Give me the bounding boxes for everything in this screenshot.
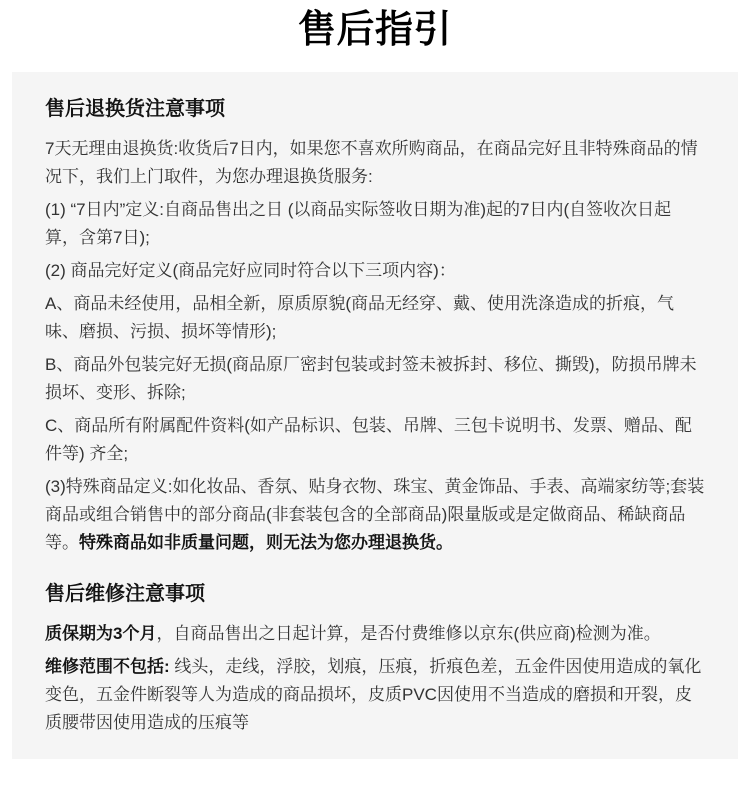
text-run: A、商品未经使用，品相全新，原质原貌(商品无经穿、戴、使用洗涤造成的折痕，气味、… bbox=[45, 294, 674, 341]
paragraph: B、商品外包装完好无损(商品原厂密封包装或封签未被拆封、移位、撕毁)，防损吊牌未… bbox=[45, 351, 705, 407]
returns-paragraphs: 7天无理由退换货:收货后7日内，如果您不喜欢所购商品，在商品完好且非特殊商品的情… bbox=[45, 135, 705, 557]
returns-section: 售后退换货注意事项 7天无理由退换货:收货后7日内，如果您不喜欢所购商品，在商品… bbox=[45, 97, 705, 557]
paragraph: 质保期为3个月，自商品售出之日起计算，是否付费维修以京东(供应商)检测为准。 bbox=[45, 620, 705, 648]
text-run: ，自商品售出之日起计算，是否付费维修以京东(供应商)检测为准。 bbox=[156, 624, 660, 643]
notice-panel: 售后退换货注意事项 7天无理由退换货:收货后7日内，如果您不喜欢所购商品，在商品… bbox=[12, 72, 738, 759]
returns-section-heading: 售后退换货注意事项 bbox=[45, 97, 705, 121]
paragraph: C、商品所有附属配件资料(如产品标识、包装、吊牌、三包卡说明书、发票、赠品、配件… bbox=[45, 412, 705, 468]
paragraph: (2) 商品完好定义(商品完好应同时符合以下三项内容)： bbox=[45, 257, 705, 285]
repair-section-heading: 售后维修注意事项 bbox=[45, 582, 705, 606]
text-run: 7天无理由退换货:收货后7日内，如果您不喜欢所购商品，在商品完好且非特殊商品的情… bbox=[45, 139, 698, 186]
repair-paragraphs: 质保期为3个月，自商品售出之日起计算，是否付费维修以京东(供应商)检测为准。维修… bbox=[45, 620, 705, 737]
text-run: (2) 商品完好定义(商品完好应同时符合以下三项内容)： bbox=[45, 261, 456, 280]
bold-text-run: 维修范围不包括: bbox=[45, 657, 170, 676]
paragraph: A、商品未经使用，品相全新，原质原貌(商品无经穿、戴、使用洗涤造成的折痕，气味、… bbox=[45, 290, 705, 346]
repair-section: 售后维修注意事项 质保期为3个月，自商品售出之日起计算，是否付费维修以京东(供应… bbox=[45, 582, 705, 737]
after-sales-guide-page: 售后指引 售后退换货注意事项 7天无理由退换货:收货后7日内，如果您不喜欢所购商… bbox=[0, 0, 750, 803]
paragraph: (1) “7日内”定义:自商品售出之日 (以商品实际签收日期为准)起的7日内(自… bbox=[45, 196, 705, 252]
paragraph: 维修范围不包括: 线头，走线，浮胶，划痕，压痕，折痕色差，五金件因使用造成的氧化… bbox=[45, 653, 705, 737]
paragraph: 7天无理由退换货:收货后7日内，如果您不喜欢所购商品，在商品完好且非特殊商品的情… bbox=[45, 135, 705, 191]
page-title: 售后指引 bbox=[0, 6, 750, 54]
bold-text-run: 质保期为3个月 bbox=[45, 624, 156, 643]
text-run: C、商品所有附属配件资料(如产品标识、包装、吊牌、三包卡说明书、发票、赠品、配件… bbox=[45, 416, 692, 463]
paragraph: (3)特殊商品定义:如化妆品、香氛、贴身衣物、珠宝、黄金饰品、手表、高端家纺等;… bbox=[45, 473, 705, 557]
text-run: (1) “7日内”定义:自商品售出之日 (以商品实际签收日期为准)起的7日内(自… bbox=[45, 200, 671, 247]
bold-text-run: 特殊商品如非质量问题，则无法为您办理退换货。 bbox=[79, 533, 453, 552]
text-run: B、商品外包装完好无损(商品原厂密封包装或封签未被拆封、移位、撕毁)，防损吊牌未… bbox=[45, 355, 697, 402]
